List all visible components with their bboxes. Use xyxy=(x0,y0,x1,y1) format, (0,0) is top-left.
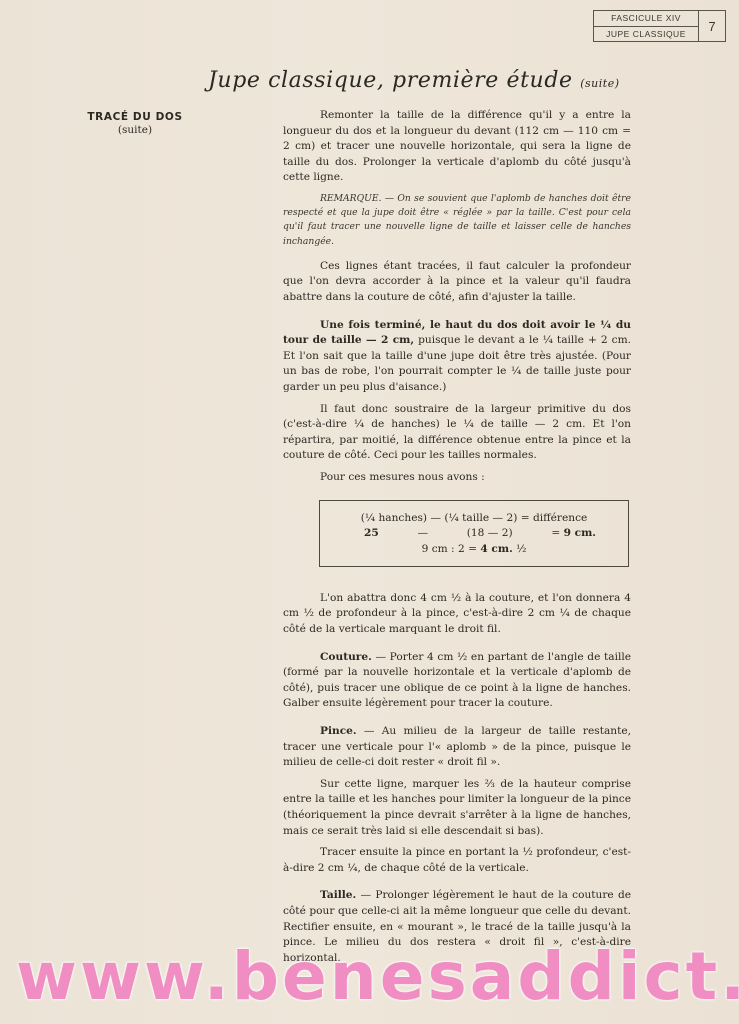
title-main: Jupe classique, première étude xyxy=(208,68,573,93)
formula-hanches-value: 25 xyxy=(364,526,379,542)
page-title: Jupe classique, première étude (suite) xyxy=(208,68,628,93)
paragraph-pince: Pince. — Au milieu de la largeur de tail… xyxy=(283,724,631,771)
section-subtitle: (suite) xyxy=(60,124,210,136)
paragraph-couture: Couture. — Porter 4 cm ½ en partant de l… xyxy=(283,650,631,712)
paragraph-ligne: Sur cette ligne, marquer les ⅔ de la hau… xyxy=(283,777,631,839)
paragraph-lignes: Ces lignes étant tracées, il faut calcul… xyxy=(283,259,631,306)
formula-result: = 9 cm. xyxy=(551,526,596,542)
section-heading: TRACÉ DU DOS (suite) xyxy=(60,111,210,136)
remark-paragraph: REMARQUE. — On se souvient que l'aplomb … xyxy=(283,192,631,249)
formula-line-3: 9 cm : 2 = 4 cm. ½ xyxy=(326,542,622,558)
formula-line-2: 25 — (18 — 2) = 9 cm. xyxy=(326,526,622,542)
paragraph-soustraire: Il faut donc soustraire de la largeur pr… xyxy=(283,402,631,464)
section-title: TRACÉ DU DOS xyxy=(60,111,210,123)
remark-label: REMARQUE. xyxy=(320,193,382,204)
pince-label: Pince. xyxy=(320,725,357,737)
paragraph-mesures: Pour ces mesures nous avons : xyxy=(283,470,631,486)
equals-sign: = xyxy=(551,527,563,539)
subject-label: JUPE CLASSIQUE xyxy=(594,27,698,42)
division-result: 4 cm. xyxy=(480,543,512,555)
difference-value: 9 cm. xyxy=(564,527,596,539)
division-text: 9 cm : 2 = xyxy=(422,543,481,555)
paragraph-remonter: Remonter la taille de la différence qu'i… xyxy=(283,108,631,186)
page-number: 7 xyxy=(699,11,725,41)
header-labels: FASCICULE XIV JUPE CLASSIQUE xyxy=(594,11,699,41)
formula-minus: — xyxy=(417,526,428,542)
couture-label: Couture. xyxy=(320,651,372,663)
fascicule-header-box: FASCICULE XIV JUPE CLASSIQUE 7 xyxy=(593,10,726,42)
taille-label: Taille. xyxy=(320,889,356,901)
body-text: Remonter la taille de la différence qu'i… xyxy=(283,108,631,972)
formula-line-1: (¼ hanches) — (¼ taille — 2) = différenc… xyxy=(326,511,622,527)
paragraph-une-fois: Une fois terminé, le haut du dos doit av… xyxy=(283,318,631,396)
paragraph-abattra: L'on abattra donc 4 cm ½ à la couture, e… xyxy=(283,591,631,638)
half-fraction: ½ xyxy=(513,543,527,555)
formula-taille-value: (18 — 2) xyxy=(467,526,513,542)
fascicule-label: FASCICULE XIV xyxy=(594,11,698,27)
watermark: www.benesaddict.fr xyxy=(16,938,736,1015)
paragraph-tracer: Tracer ensuite la pince en portant la ½ … xyxy=(283,845,631,876)
title-suffix: (suite) xyxy=(580,77,619,90)
formula-box: (¼ hanches) — (¼ taille — 2) = différenc… xyxy=(319,500,629,567)
